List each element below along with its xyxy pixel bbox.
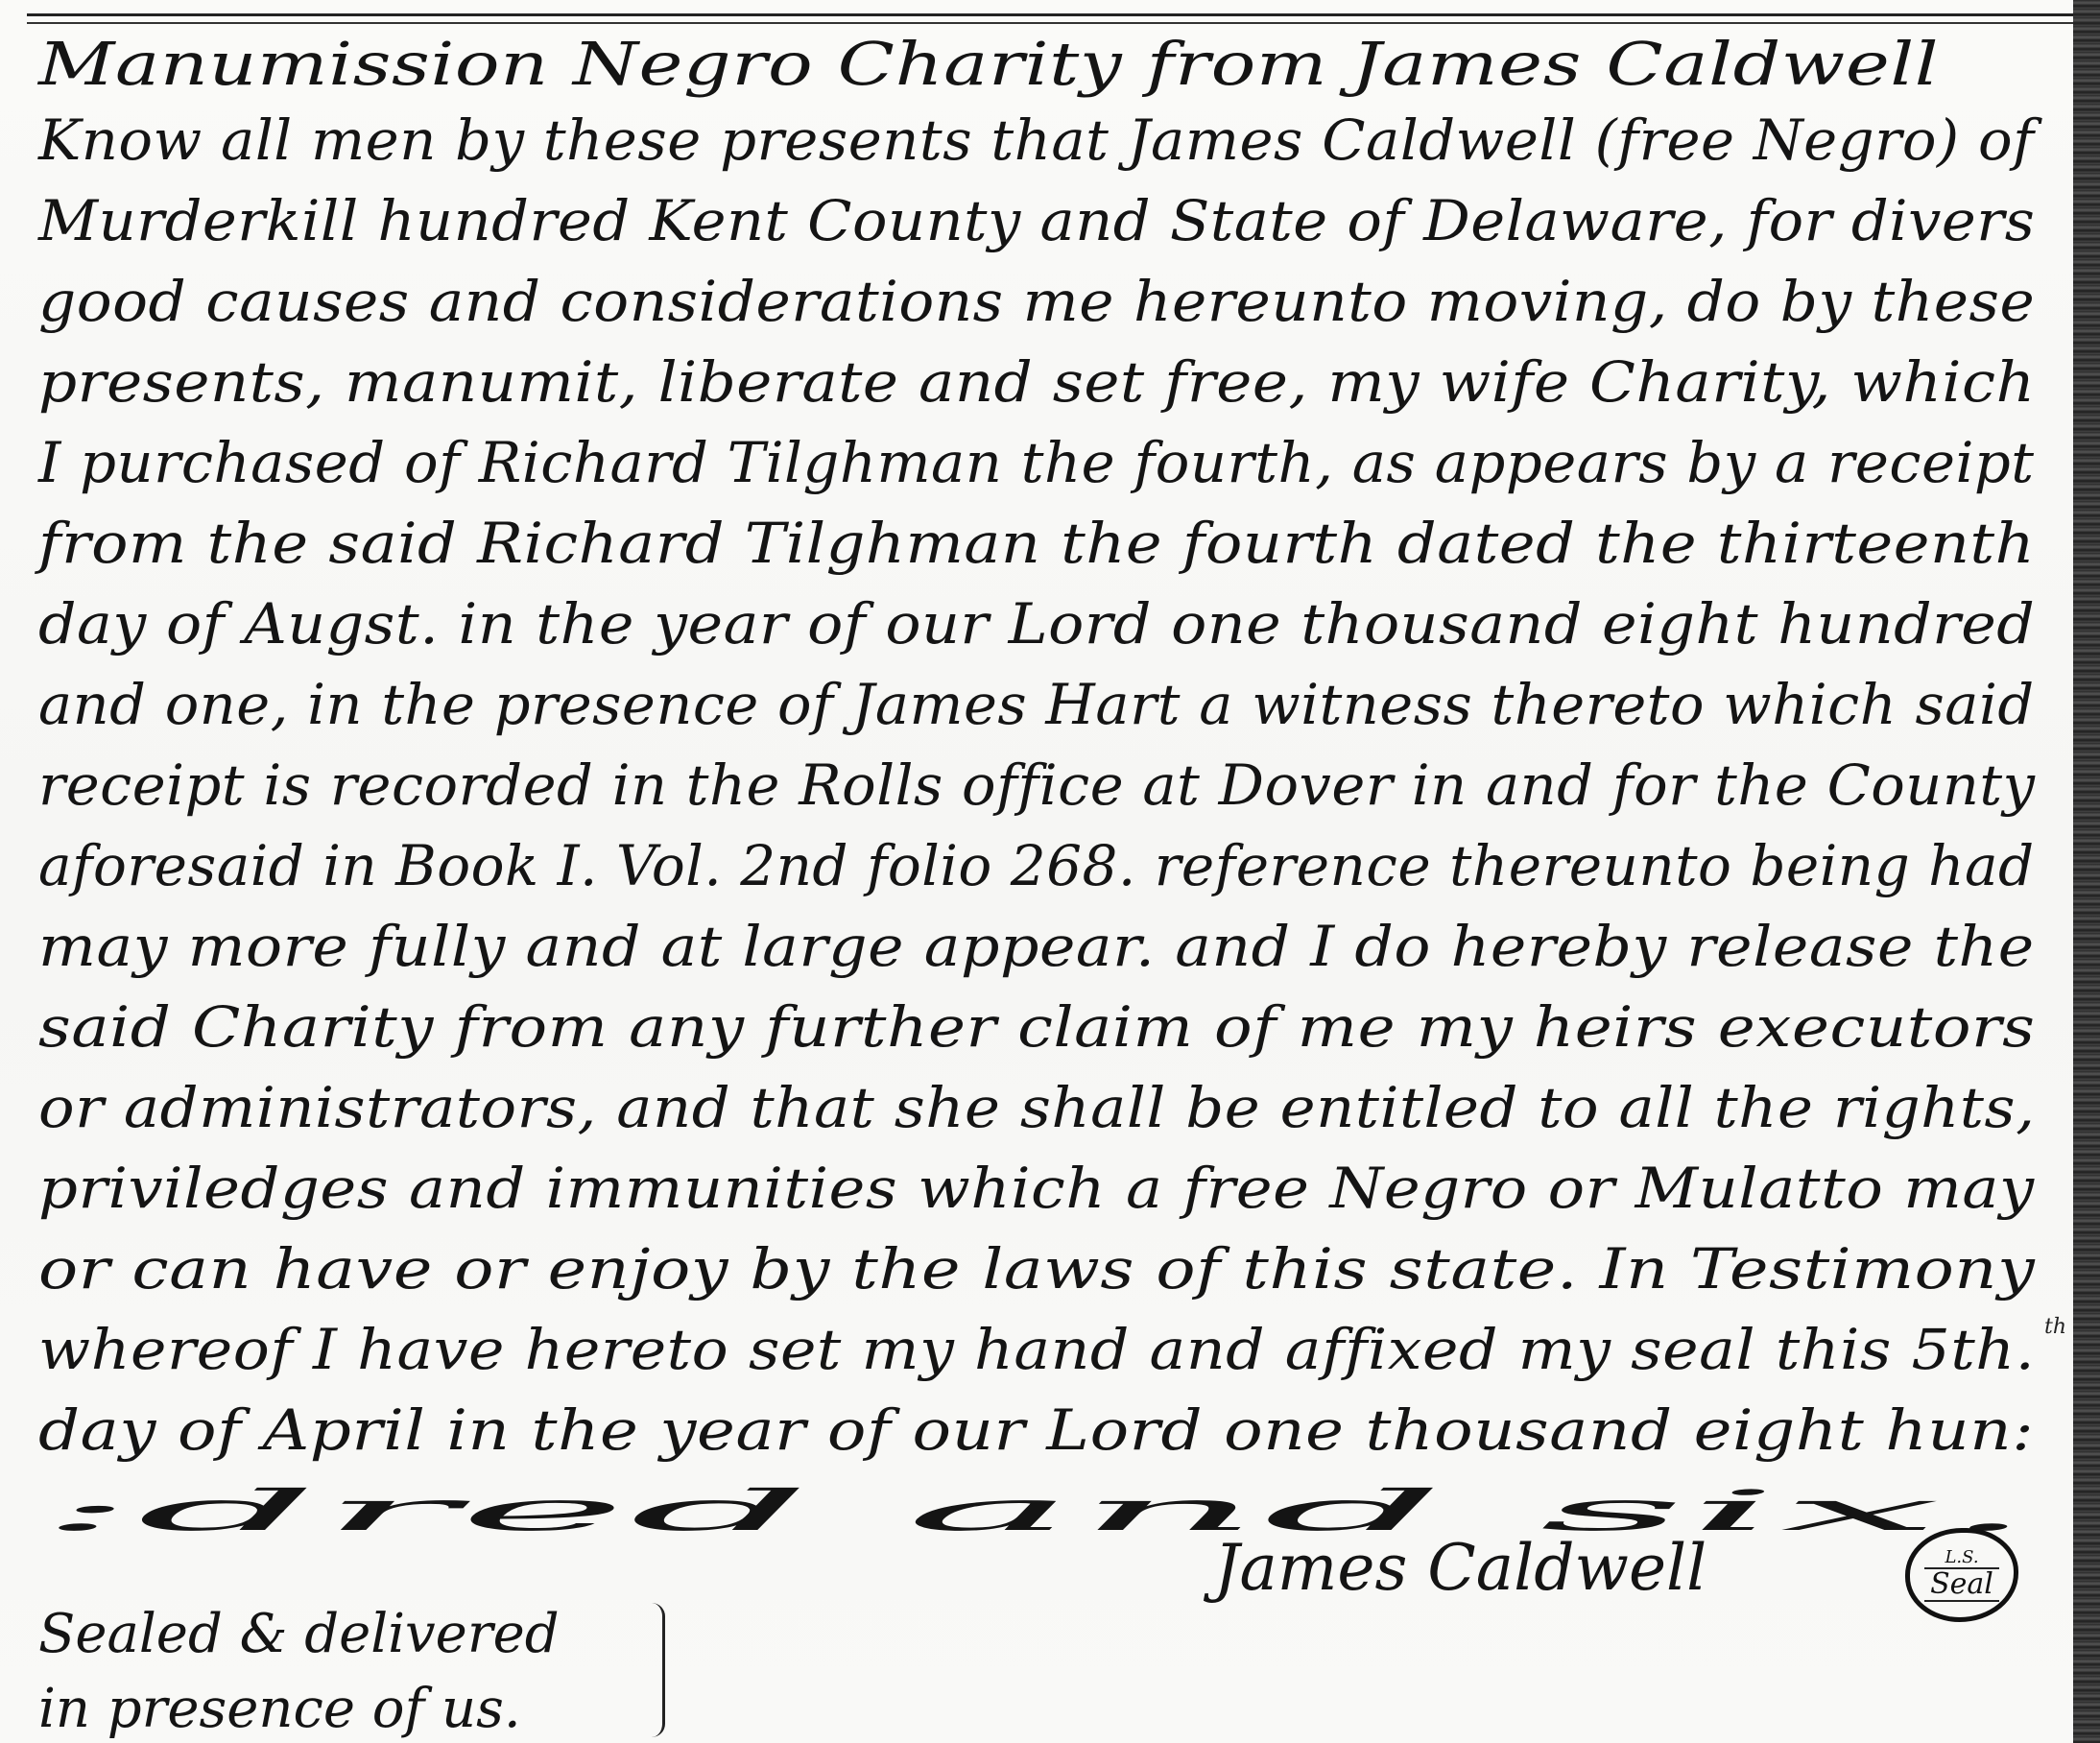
witness-brace [643, 1603, 665, 1737]
text-line-18: :dred and six. [38, 1478, 2036, 1543]
text-line-11: may more fully and at large appear. and … [38, 914, 2035, 979]
text-line-8: and one, in the presence of James Hart a… [38, 672, 2035, 737]
text-line-6: from the said Richard Tilghman the fourt… [38, 511, 2035, 576]
text-line-4: presents, manumit, liberate and set free… [38, 349, 2035, 415]
text-line-9: receipt is recorded in the Rolls office … [38, 752, 2035, 818]
document-page: Manumission Negro Charity from James Cal… [0, 0, 2073, 1743]
page-binding-edge [2073, 0, 2100, 1743]
text-line-5: I purchased of Richard Tilghman the four… [38, 430, 2035, 495]
text-line-1: Know all men by these presents that Jame… [38, 107, 2035, 173]
text-line-7: day of Augst. in the year of our Lord on… [38, 591, 2035, 657]
document-title: Manumission Negro Charity from James Cal… [38, 29, 1939, 99]
text-line-14: priviledges and immunities which a free … [38, 1156, 2035, 1221]
seal-label: Seal [1924, 1567, 1999, 1602]
text-line-15: or can have or enjoy by the laws of this… [38, 1236, 2035, 1301]
text-line-10: aforesaid in Book I. Vol. 2nd folio 268.… [38, 833, 2035, 898]
top-rule-divider [27, 13, 2090, 24]
text-line-16: whereof I have hereto set my hand and af… [38, 1317, 2035, 1382]
text-line-17: day of April in the year of our Lord one… [38, 1397, 2034, 1463]
seal-stamp-icon: L.S. Seal [1905, 1528, 2018, 1622]
seal-top-text: L.S. [1945, 1548, 1978, 1567]
witness-clause-line-1: Sealed & delivered [38, 1603, 560, 1665]
text-line-3: good causes and considerations me hereun… [38, 269, 2035, 334]
text-line-12: said Charity from any further claim of m… [38, 994, 2035, 1060]
margin-superscript-mark: th [2044, 1315, 2066, 1339]
signature: James Caldwell [1214, 1531, 1706, 1605]
witness-clause-line-2: in presence of us. [38, 1678, 521, 1740]
text-line-13: or administrators, and that she shall be… [38, 1075, 2035, 1140]
text-line-2: Murderkill hundred Kent County and State… [38, 188, 2035, 253]
